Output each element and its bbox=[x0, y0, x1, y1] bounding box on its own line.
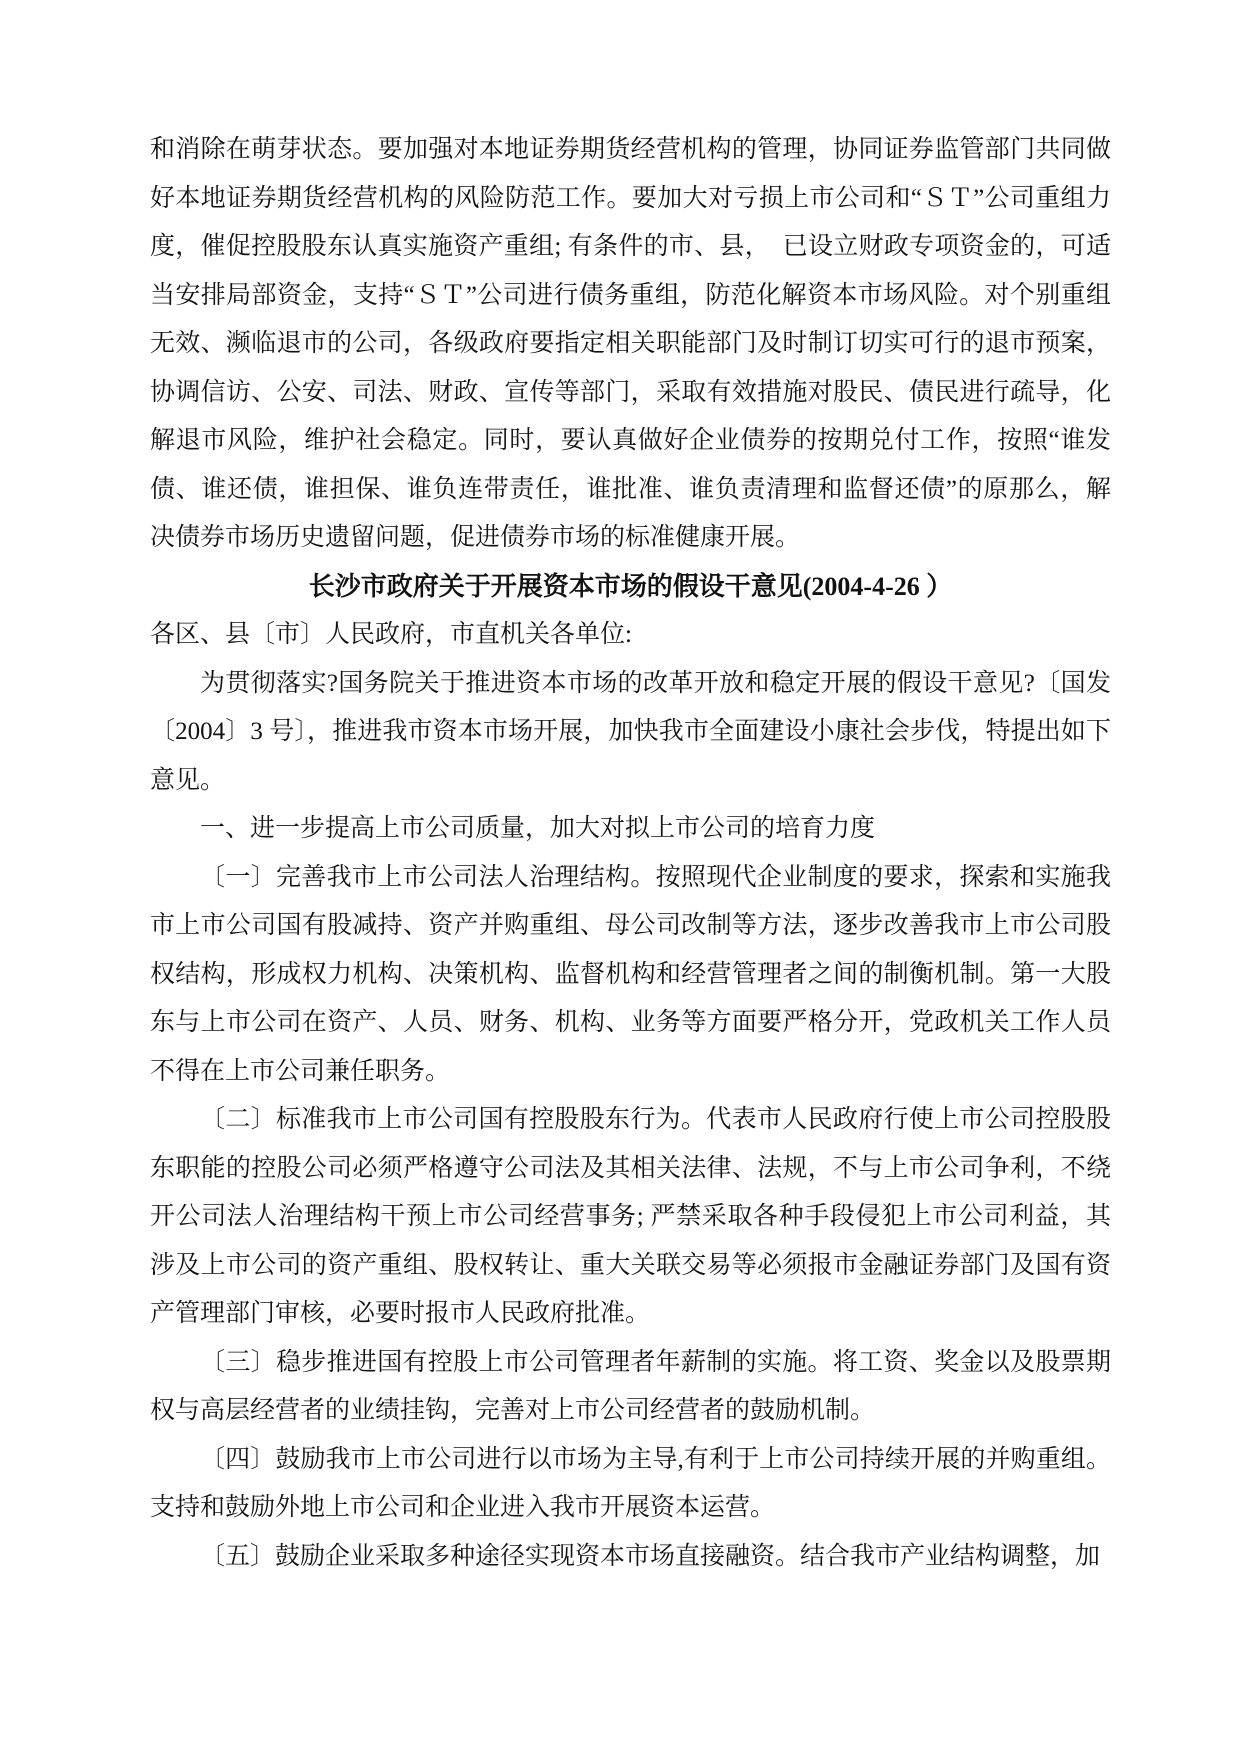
paragraph: 一、进一步提高上市公司质量，加大对拟上市公司的培育力度 bbox=[150, 805, 1111, 854]
paragraph: 各区、县〔市〕人民政府，市直机关各单位: bbox=[150, 611, 1111, 660]
paragraph: 〔一〕完善我市上市公司法人治理结构。按照现代企业制度的要求，探索和实施我市上市公… bbox=[150, 854, 1111, 1097]
paragraph: 〔四〕鼓励我市上市公司进行以市场为主导,有利于上市公司持续开展的并购重组。支持和… bbox=[150, 1436, 1111, 1533]
paragraph: 〔三〕稳步推进国有控股上市公司管理者年薪制的实施。将工资、奖金以及股票期权与高层… bbox=[150, 1339, 1111, 1436]
paragraph: 〔五〕鼓励企业采取多种途径实现资本市场直接融资。结合我市产业结构调整，加 bbox=[150, 1533, 1111, 1582]
document-page: 和消除在萌芽状态。要加强对本地证券期货经营机构的管理，协同证券监管部门共同做好本… bbox=[0, 0, 1241, 1754]
paragraph: 为贯彻落实?国务院关于推进资本市场的改革开放和稳定开展的假设干意见?〔国发〔20… bbox=[150, 660, 1111, 806]
paragraph: 和消除在萌芽状态。要加强对本地证券期货经营机构的管理，协同证券监管部门共同做好本… bbox=[150, 126, 1111, 563]
paragraph: 〔二〕标准我市上市公司国有控股股东行为。代表市人民政府行使上市公司控股股东职能的… bbox=[150, 1096, 1111, 1339]
document-content: 和消除在萌芽状态。要加强对本地证券期货经营机构的管理，协同证券监管部门共同做好本… bbox=[150, 126, 1111, 1581]
document-heading: 长沙市政府关于开展资本市场的假设干意见(2004-4-26 ） bbox=[150, 563, 1111, 612]
